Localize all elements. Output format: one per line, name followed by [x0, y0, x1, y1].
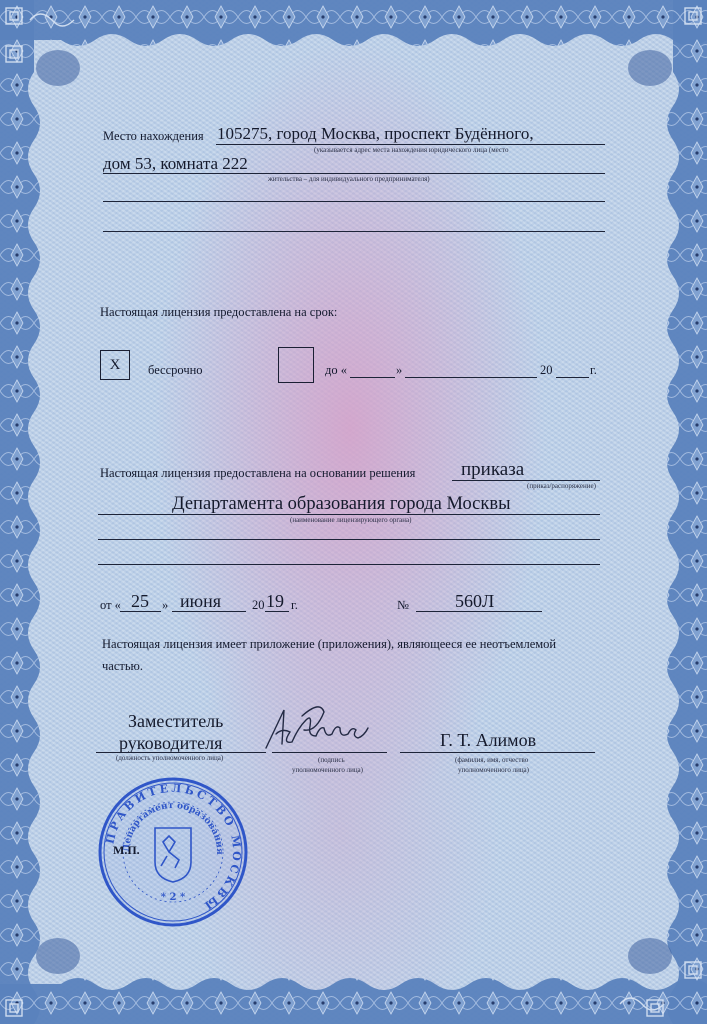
- order-month: июня: [180, 591, 221, 612]
- address-line1-hint: (указывается адрес места нахождения юрид…: [314, 146, 509, 154]
- order-year-rule: [265, 611, 289, 612]
- signer-name-hint-1: (фамилия, имя, отчество: [455, 756, 528, 764]
- signer-position-line2: руководителя: [119, 733, 222, 754]
- signature-rule: [272, 752, 387, 753]
- basis-authority: Департамента образования города Москвы: [172, 494, 511, 515]
- signer-position-hint: (должность уполномоченного лица): [116, 754, 223, 762]
- until-label-prefix: до «: [325, 363, 347, 378]
- basis-extra-rule-2: [98, 564, 600, 565]
- basis-authority-rule: [98, 514, 600, 515]
- order-month-rule: [172, 611, 246, 612]
- appendix-note-line1: Настоящая лицензия имеет приложение (при…: [102, 637, 556, 652]
- order-number-label: №: [397, 598, 409, 613]
- signer-name-rule: [400, 752, 595, 753]
- signature-hint-1: (подпись: [318, 756, 345, 764]
- until-year-suffix: г.: [590, 363, 597, 378]
- address-line2: дом 53, комната 222: [103, 154, 248, 174]
- order-year-label: г.: [291, 598, 298, 613]
- address-label: Место нахождения: [103, 129, 204, 144]
- handwritten-signature: [262, 700, 382, 756]
- basis-authority-hint: (наименование лицензирующего органа): [290, 516, 411, 524]
- term-label: Настоящая лицензия предоставлена на срок…: [100, 305, 337, 320]
- until-day-rule: [350, 377, 395, 378]
- order-year-suffix: 19: [266, 591, 284, 612]
- order-number-rule: [416, 611, 542, 612]
- until-month-rule: [405, 377, 537, 378]
- address-line1-rule: [216, 144, 605, 145]
- address-extra-rule-2: [103, 231, 605, 232]
- seal-place-label: М.П.: [113, 843, 140, 858]
- appendix-note-line2: частью.: [102, 659, 143, 674]
- order-quote-close: »: [162, 598, 168, 613]
- license-page: Место нахождения 105275, город Москва, п…: [0, 0, 707, 1024]
- order-day: 25: [131, 591, 149, 612]
- basis-label: Настоящая лицензия предоставлена на осно…: [100, 466, 415, 481]
- order-year-prefix: 20: [252, 598, 265, 613]
- signer-position-line1: Заместитель: [128, 711, 223, 732]
- until-year-prefix: 20: [540, 363, 553, 378]
- address-line2-rule: [103, 173, 605, 174]
- basis-decision-rule: [452, 480, 600, 481]
- checkbox-unlimited[interactable]: Х: [100, 350, 130, 380]
- address-line1: 105275, город Москва, проспект Будённого…: [217, 124, 534, 144]
- basis-decision-type: приказа: [461, 459, 524, 481]
- order-day-rule: [120, 611, 161, 612]
- signature-hint-2: уполномоченного лица): [292, 766, 363, 774]
- until-quote-close: »: [396, 363, 402, 378]
- signer-name: Г. Т. Алимов: [440, 730, 536, 751]
- basis-extra-rule-1: [98, 539, 600, 540]
- until-year-rule: [556, 377, 589, 378]
- signer-name-hint-2: уполномоченного лица): [458, 766, 529, 774]
- order-from-label: от «: [100, 598, 121, 613]
- address-line2-hint: жительства – для индивидуального предпри…: [268, 175, 430, 183]
- order-number: 560Л: [455, 591, 494, 612]
- signer-position-rule: [96, 752, 266, 753]
- basis-decision-hint: (приказ/распоряжение): [527, 482, 596, 490]
- address-extra-rule-1: [103, 201, 605, 202]
- svg-text:* 2 *: * 2 *: [161, 892, 186, 903]
- option-unlimited-label: бессрочно: [148, 363, 203, 378]
- checkbox-until-date[interactable]: [278, 347, 314, 383]
